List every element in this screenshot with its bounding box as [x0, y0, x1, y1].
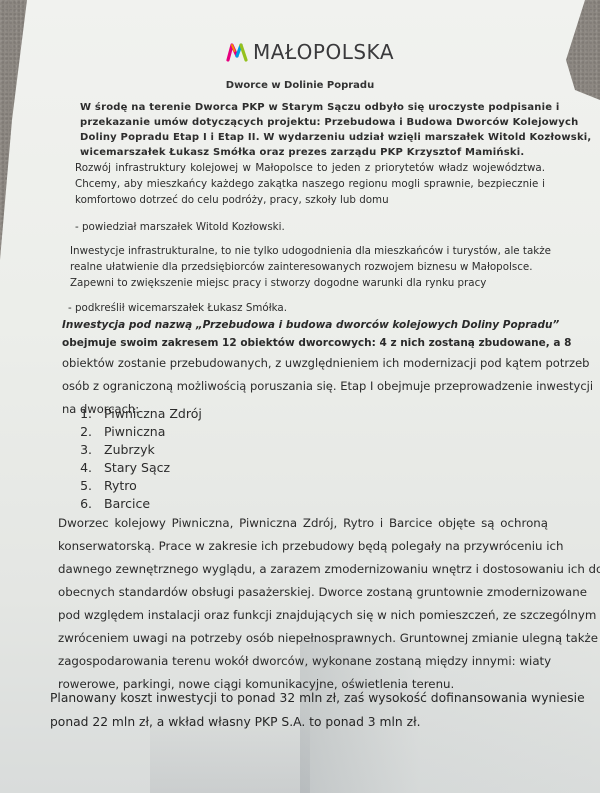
quote-marshal-attribution: - powiedział marszałek Witold Kozłowski. — [75, 219, 285, 235]
stations-list: 1.Piwniczna Zdrój 2.Piwniczna 3.Zubrzyk … — [78, 405, 202, 513]
cost-paragraph: Planowany koszt inwestycji to ponad 32 m… — [50, 686, 550, 734]
investment-line: obejmuje swoim zakresem 12 obiektów dwor… — [62, 334, 542, 352]
heritage-line: pod względem instalacji oraz funkcji zna… — [58, 604, 548, 627]
investment-line: osób z ograniczoną możliwością poruszani… — [62, 375, 542, 398]
quote-vicemarshal-attribution: - podkreślił wicemarszałek Łukasz Smółka… — [68, 300, 287, 316]
quote-line: Rozwój infrastruktury kolejowej w Małopo… — [75, 160, 545, 176]
quote-line: Chcemy, aby mieszkańcy każdego zakątka n… — [75, 176, 545, 192]
quote-line: realne ułatwienie dla przedsiębiorców za… — [70, 259, 548, 275]
station-name: Zubrzyk — [104, 441, 155, 459]
station-item: 5.Rytro — [78, 477, 202, 495]
intro-line: wicemarszałek Łukasz Smółka oraz prezes … — [80, 145, 535, 160]
cost-line: Planowany koszt inwestycji to ponad 32 m… — [50, 686, 550, 710]
heritage-line: obecnych standardów obsługi pasażerskiej… — [58, 581, 548, 604]
heritage-line: zagospodarowania terenu wokół dworców, w… — [58, 650, 548, 673]
heritage-line: zwróceniem uwagi na potrzeby osób niepeł… — [58, 627, 548, 650]
quote-line: Zapewni to zwiększenie miejsc pracy i st… — [70, 275, 548, 291]
investment-line: obiektów zostanie przebudowanych, z uwzg… — [62, 352, 542, 375]
investment-line: Inwestycja pod nazwą „Przebudowa i budow… — [62, 316, 542, 334]
quote-marshal-paragraph: Rozwój infrastruktury kolejowej w Małopo… — [75, 160, 545, 208]
document: MAŁOPOLSKA Dworce w Dolinie Popradu W śr… — [0, 0, 600, 793]
station-name: Barcice — [104, 495, 150, 513]
station-name: Stary Sącz — [104, 459, 170, 477]
logo-text: MAŁOPOLSKA — [253, 40, 394, 64]
malopolska-m-logo-icon — [226, 42, 248, 62]
station-item: 3.Zubrzyk — [78, 441, 202, 459]
station-name: Piwniczna Zdrój — [104, 405, 202, 423]
station-item: 6.Barcice — [78, 495, 202, 513]
intro-line: przekazanie umów dotyczących projektu: P… — [80, 115, 535, 130]
station-item: 4.Stary Sącz — [78, 459, 202, 477]
station-item: 1.Piwniczna Zdrój — [78, 405, 202, 423]
intro-paragraph: W środę na terenie Dworca PKP w Starym S… — [80, 100, 535, 160]
intro-line: Doliny Popradu Etap I i Etap II. W wydar… — [80, 130, 535, 145]
station-name: Piwniczna — [104, 423, 165, 441]
quote-vicemarshal-paragraph: Inwestycje infrastrukturalne, to nie tyl… — [70, 243, 548, 291]
heritage-line: dawnego zewnętrznego wyglądu, a zarazem … — [58, 558, 548, 581]
heritage-line: Dworzec kolejowy Piwniczna, Piwniczna Zd… — [58, 512, 548, 535]
heritage-paragraph: Dworzec kolejowy Piwniczna, Piwniczna Zd… — [58, 512, 548, 696]
station-item: 2.Piwniczna — [78, 423, 202, 441]
quote-line: Inwestycje infrastrukturalne, to nie tyl… — [70, 243, 548, 259]
quote-line: komfortowo dotrzeć do celu podróży, prac… — [75, 192, 545, 208]
intro-line: W środę na terenie Dworca PKP w Starym S… — [80, 100, 535, 115]
logo: MAŁOPOLSKA — [226, 40, 394, 64]
station-name: Rytro — [104, 477, 137, 495]
heritage-line: konserwatorską. Prace w zakresie ich prz… — [58, 535, 548, 558]
cost-line: ponad 22 mln zł, a wkład własny PKP S.A.… — [50, 710, 550, 734]
document-title: Dworce w Dolinie Popradu — [0, 80, 600, 91]
